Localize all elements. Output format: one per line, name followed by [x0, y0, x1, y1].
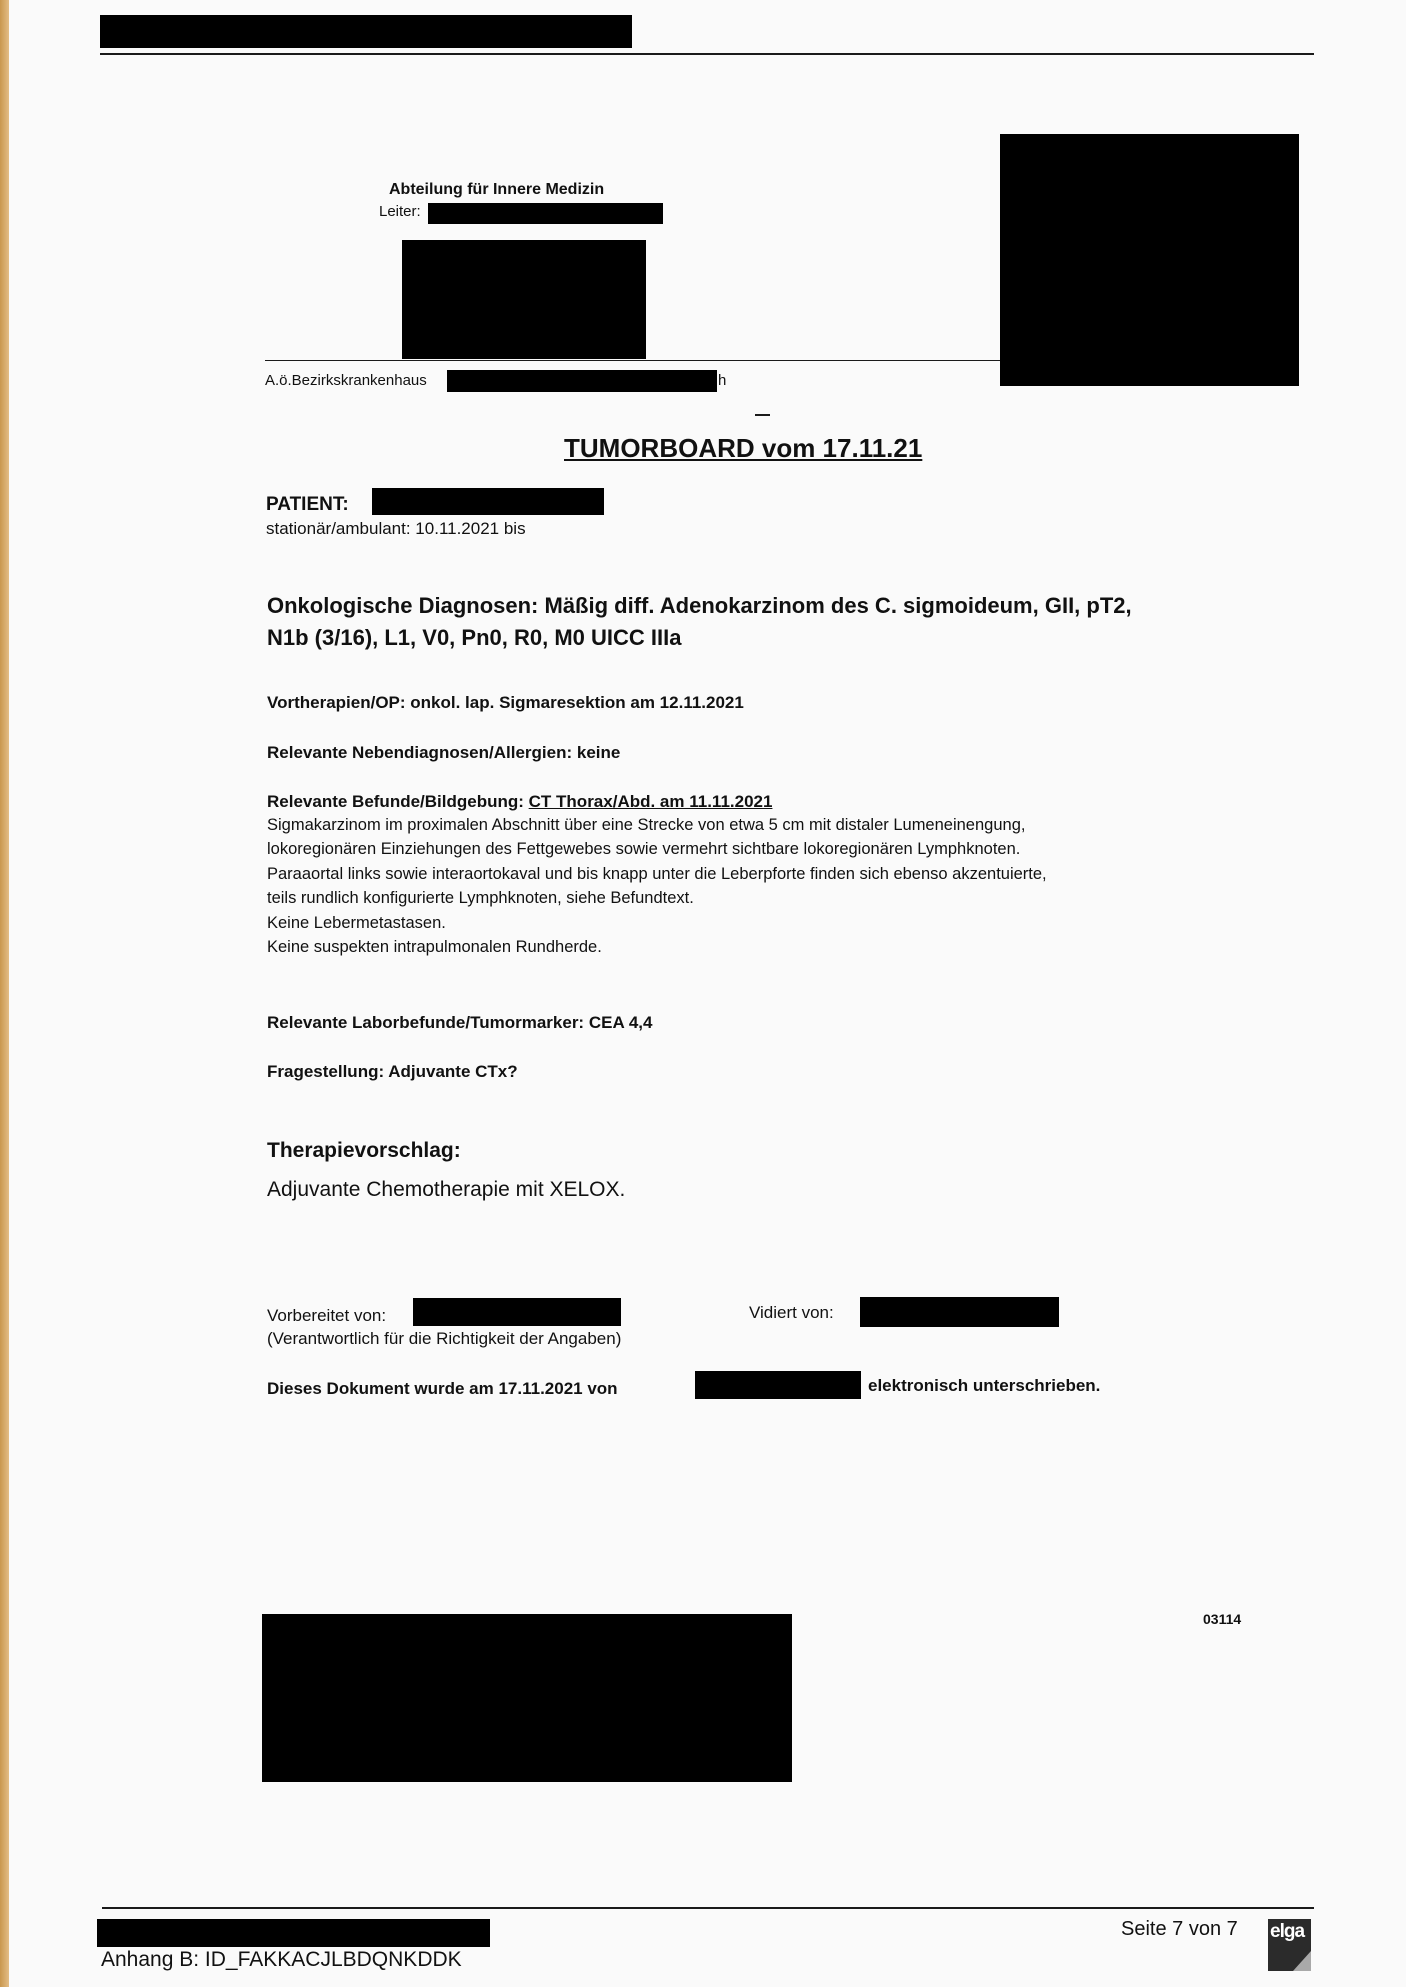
- address-rule: [265, 360, 1000, 361]
- imaging-line-4: teils rundlich konfigurierte Lymphknoten…: [267, 889, 694, 908]
- leiter-label: Leiter:: [379, 203, 421, 220]
- paper-edge: [0, 0, 9, 1987]
- document-title: TUMORBOARD vom 17.11.21: [564, 433, 922, 464]
- comorbidities-value: keine: [577, 743, 620, 762]
- document-number: 03114: [1203, 1611, 1241, 1627]
- redaction-bottom-block: [262, 1614, 792, 1782]
- diagnosis-label: Onkologische Diagnosen:: [267, 593, 538, 618]
- therapy-value: Adjuvante Chemotherapie mit XELOX.: [267, 1178, 625, 1202]
- comorbidities-label: Relevante Nebendiagnosen/Allergien:: [267, 743, 572, 762]
- prior-therapy-label: Vortherapien/OP:: [267, 693, 406, 712]
- redaction-patient-name: [372, 488, 604, 515]
- redaction-logo: [1000, 134, 1299, 386]
- labs-value: CEA 4,4: [589, 1013, 653, 1032]
- question-label: Fragestellung:: [267, 1062, 384, 1081]
- redaction-footer: [97, 1919, 490, 1947]
- redaction-header-top: [100, 15, 632, 48]
- department-name: Abteilung für Innere Medizin: [389, 181, 604, 199]
- question: Fragestellung: Adjuvante CTx?: [267, 1062, 518, 1082]
- redaction-hospital: [447, 370, 717, 392]
- labs: Relevante Laborbefunde/Tumormarker: CEA …: [267, 1013, 652, 1033]
- hospital-label: A.ö.Bezirkskrankenhaus: [265, 372, 427, 389]
- patient-label: PATIENT:: [266, 494, 349, 516]
- footer-rule: [102, 1907, 1314, 1909]
- redaction-signer: [695, 1371, 861, 1399]
- redaction-reviewed-by: [860, 1297, 1059, 1327]
- diagnosis-line-2: N1b (3/16), L1, V0, Pn0, R0, M0 UICC III…: [267, 625, 681, 651]
- page-fold-icon: [1293, 1951, 1311, 1971]
- page-info: Seite 7 von 7: [1121, 1918, 1238, 1941]
- elga-logo: elga: [1268, 1919, 1311, 1971]
- elga-logo-text: elga: [1270, 1921, 1304, 1943]
- prior-therapy: Vortherapien/OP: onkol. lap. Sigmaresekt…: [267, 693, 744, 713]
- responsible-note: (Verantwortlich für die Richtigkeit der …: [267, 1329, 621, 1349]
- hospital-suffix: h: [718, 372, 726, 389]
- redaction-prepared-by: [413, 1298, 621, 1326]
- diagnosis-line-1: Onkologische Diagnosen: Mäßig diff. Aden…: [267, 593, 1132, 619]
- imaging-heading: Relevante Befunde/Bildgebung: CT Thorax/…: [267, 792, 772, 812]
- therapy-label: Therapievorschlag:: [267, 1139, 461, 1163]
- dash-mark: [755, 414, 770, 416]
- signed-prefix: Dieses Dokument wurde am 17.11.2021 von: [267, 1379, 618, 1399]
- redaction-address: [402, 240, 646, 359]
- imaging-line-2: lokoregionären Einziehungen des Fettgewe…: [267, 840, 1020, 859]
- question-value: Adjuvante CTx?: [388, 1062, 517, 1081]
- header-rule: [100, 53, 1314, 55]
- attachment-id: Anhang B: ID_FAKKACJLBDQNKDDK: [101, 1948, 462, 1972]
- labs-label: Relevante Laborbefunde/Tumormarker:: [267, 1013, 584, 1032]
- prepared-label: Vorbereitet von:: [267, 1306, 386, 1326]
- imaging-label: Relevante Befunde/Bildgebung:: [267, 792, 524, 811]
- redaction-leiter: [428, 203, 663, 224]
- prior-therapy-value: onkol. lap. Sigmaresektion am 12.11.2021: [410, 693, 744, 712]
- imaging-study: CT Thorax/Abd. am 11.11.2021: [529, 792, 773, 811]
- reviewed-label: Vidiert von:: [749, 1303, 834, 1323]
- comorbidities: Relevante Nebendiagnosen/Allergien: kein…: [267, 743, 620, 763]
- diagnosis-value: Mäßig diff. Adenokarzinom des C. sigmoid…: [545, 593, 1132, 618]
- imaging-line-3: Paraaortal links sowie interaortokaval u…: [267, 865, 1047, 884]
- signed-suffix: elektronisch unterschrieben.: [868, 1376, 1100, 1396]
- imaging-line-6: Keine suspekten intrapulmonalen Rundherd…: [267, 938, 602, 957]
- imaging-line-1: Sigmakarzinom im proximalen Abschnitt üb…: [267, 816, 1025, 835]
- imaging-line-5: Keine Lebermetastasen.: [267, 914, 446, 933]
- stay-dates: stationär/ambulant: 10.11.2021 bis: [266, 519, 526, 539]
